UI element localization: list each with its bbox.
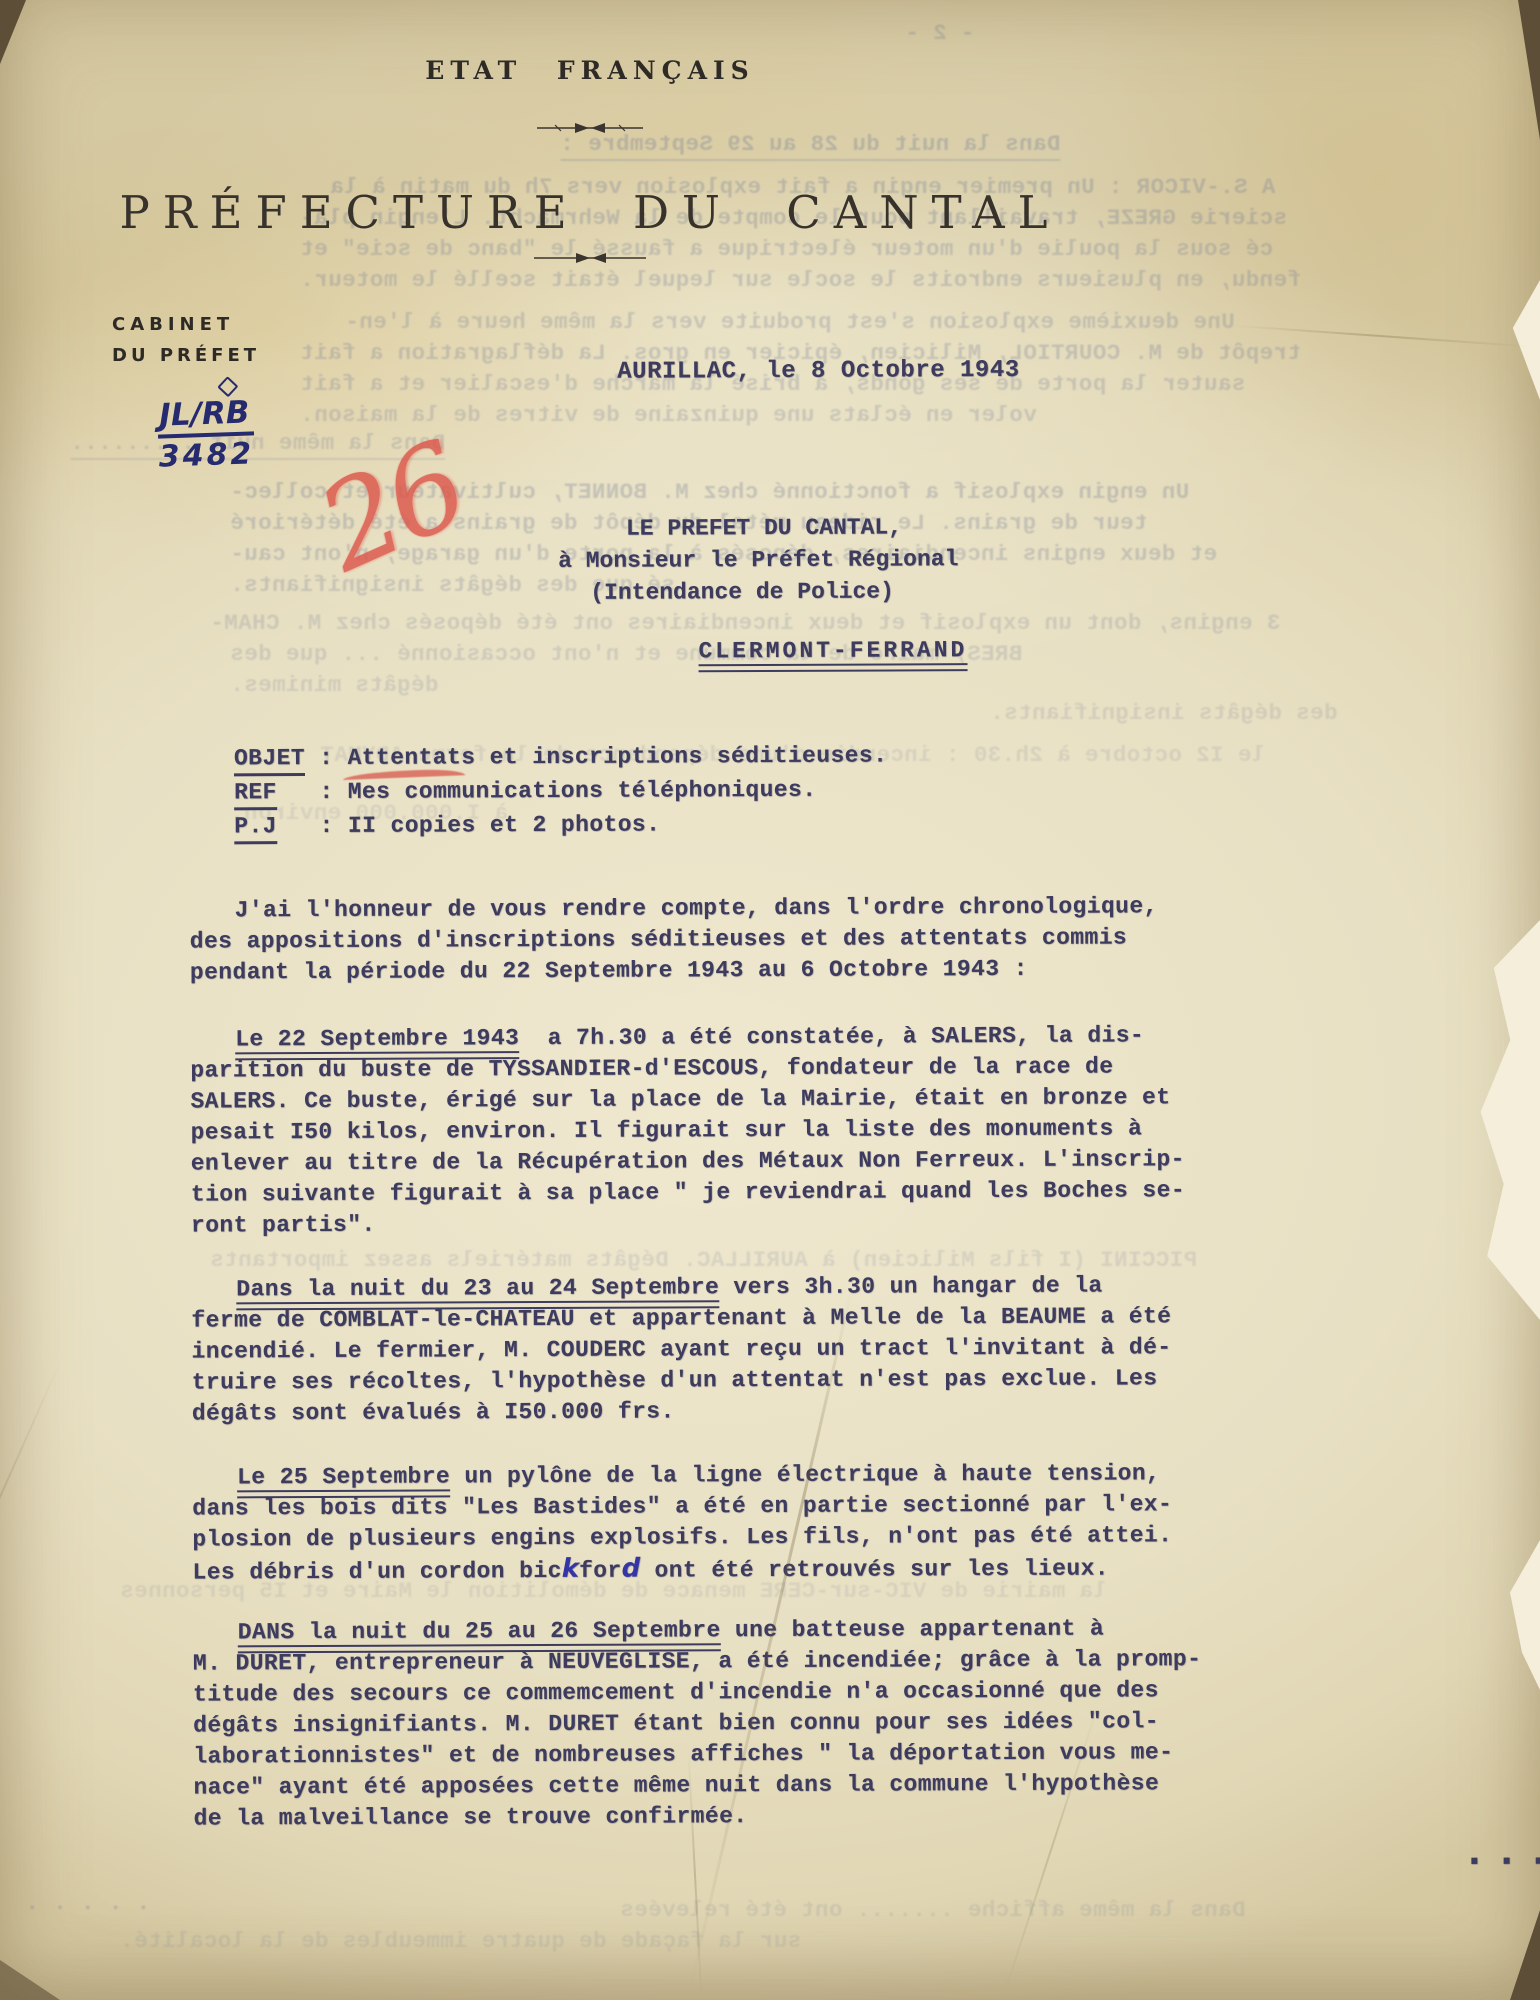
handwritten-correction: k [562,1554,579,1584]
paragraph: Le 22 Septembre 1943 a 7h.30 a été const… [190,1020,1311,1242]
typed-line: dégâts sont évalués à I50.000 frs. [192,1394,1312,1430]
paragraph: Dans la nuit du 23 au 24 Septembre vers … [191,1270,1312,1430]
typed-line: titude des secours ce commemcement d'inc… [193,1675,1313,1711]
typed-line: enlever au titre de la Récupération des … [191,1144,1311,1180]
typed-content-layer: AURILLAC, le 8 Octobre 1943 LE PREFET DU… [0,0,1540,2000]
typed-line: dégâts insignifiants. M. DURET étant bie… [193,1706,1313,1742]
typed-line: ferme de COMBLAT-le-CHATEAU et appartena… [191,1301,1311,1337]
meta-row-objet: OBJET : Attentats et inscriptions séditi… [234,742,887,771]
paragraph: Le 25 Septembre un pylône de la ligne él… [192,1458,1313,1587]
handwritten-correction: d [622,1554,641,1584]
continuation-dots: ... [1462,1829,1540,1877]
paragraph: J'ai l'honneur de vous rendre compte, da… [190,891,1310,989]
typed-line: Le 25 Septembre un pylône de la ligne él… [192,1458,1312,1494]
dateline: AURILLAC, le 8 Octobre 1943 [617,357,1019,386]
typed-line: DANS la nuit du 25 au 26 Septembre une b… [193,1613,1313,1649]
typed-line: SALERS. Ce buste, érigé sur la place de … [190,1082,1310,1118]
typed-line: dans les bois dits "Les Bastides" a été … [192,1489,1312,1525]
addressee-line: (Intendance de Police) [590,578,894,605]
typed-line: Le 22 Septembre 1943 a 7h.30 a été const… [190,1020,1310,1056]
paragraph: DANS la nuit du 25 au 26 Septembre une b… [193,1613,1314,1835]
typed-line: pesait I50 kilos, environ. Il figurait s… [191,1113,1311,1149]
letter-body: J'ai l'honneur de vous rendre compte, da… [0,0,1536,3]
typed-line: truire ses récoltes, l'hypothèse d'un at… [192,1363,1312,1399]
typed-line: pendant la période du 22 Septembre 1943 … [190,953,1310,989]
typed-line: incendié. Le fermier, M. COUDERC ayant r… [191,1332,1311,1368]
typed-line: parition du buste de TYSSANDIER-d'ESCOUS… [190,1051,1310,1087]
sender-title: LE PREFET DU CANTAL, [626,514,902,541]
typed-line: J'ai l'honneur de vous rendre compte, da… [190,891,1310,927]
meta-row-pj: P.J : II copies et 2 photos. [234,811,660,839]
typed-line: plosion de plusieurs engins explosifs. L… [192,1520,1312,1556]
typed-line: Les débris d'un cordon bickford ont été … [192,1551,1312,1587]
typed-line: ront partis". [191,1206,1311,1242]
typed-line: tion suivante figurait à sa place " je r… [191,1175,1311,1211]
typed-line: des appositions d'inscriptions séditieus… [190,922,1310,958]
meta-row-ref: REF : Mes communications téléphoniques. [234,777,816,806]
typed-line: nace" ayant été apposées cette même nuit… [193,1768,1313,1804]
addressee-line: à Monsieur le Préfet Régional [558,546,958,574]
scanned-letter-page: - 2 -Dans la nuit du 28 au 29 Septembre … [0,0,1540,2000]
addressee-city: CLERMONT-FERRAND [698,637,967,664]
typed-line: Dans la nuit du 23 au 24 Septembre vers … [191,1270,1311,1306]
typed-line: de la malveillance se trouve confirmée. [194,1799,1314,1835]
typed-line: M. DURET, entrepreneur à NEUVEGLISE, a é… [193,1644,1313,1680]
typed-line: laborationnistes" et de nombreuses affic… [193,1737,1313,1773]
